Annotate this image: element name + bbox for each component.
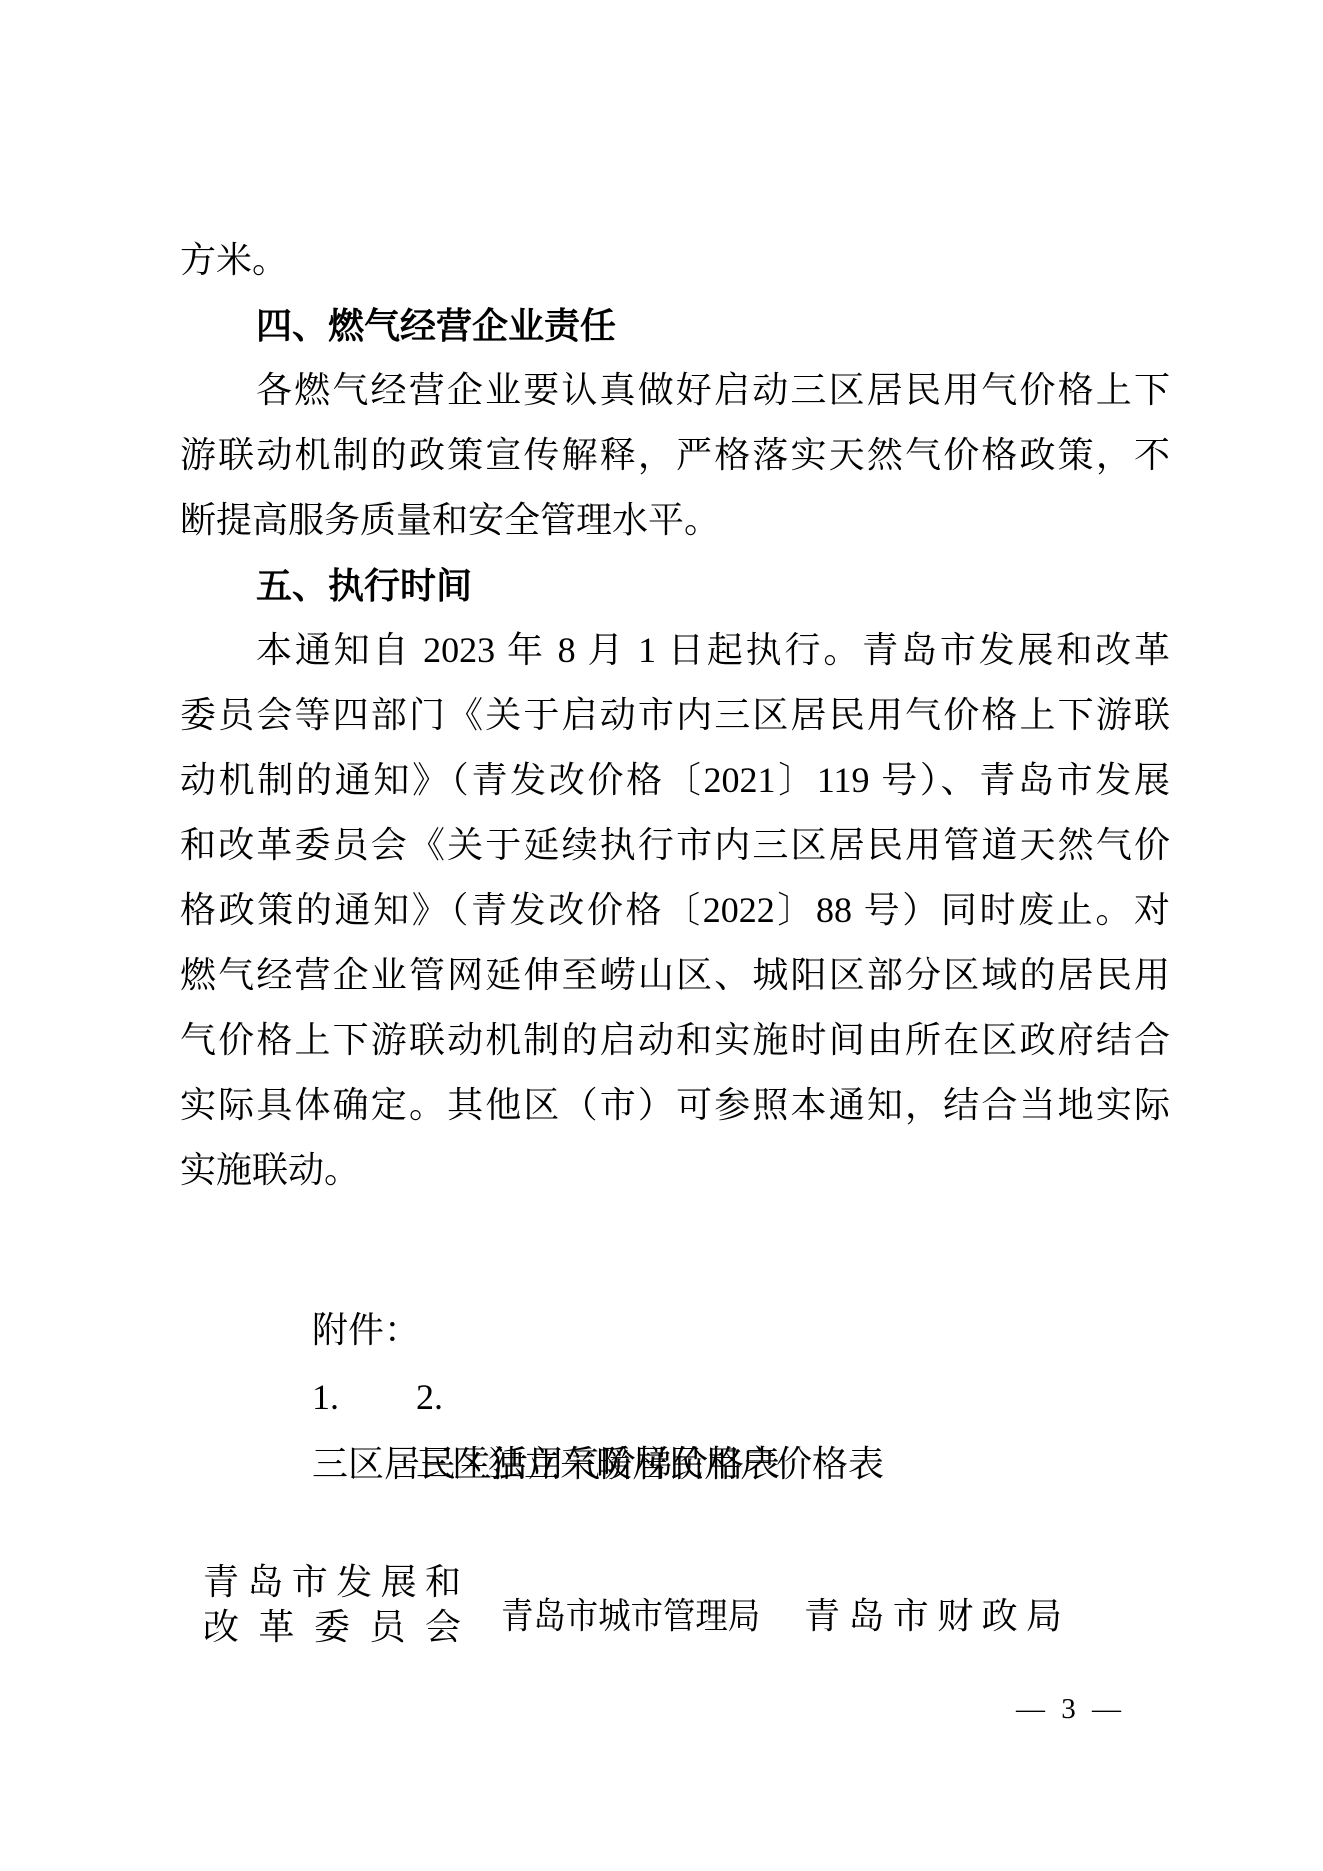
signature-finance-bureau: 青岛市财政局 — [804, 1597, 1062, 1635]
signature-city-management-bureau: 青岛市城市管理局 — [501, 1597, 760, 1635]
document-line: 游联动机制的政策宣传解释，严格落实天然气价格政策，不 — [180, 423, 1170, 488]
section-heading-5: 五、执行时间 — [180, 553, 1170, 618]
attachment-number: 2. — [416, 1377, 443, 1417]
document-line: 动机制的通知》（青发改价格〔2021〕119 号）、青岛市发展 — [180, 748, 1170, 813]
document-line: 格政策的通知》（青发改价格〔2022〕88 号）同时废止。对 — [180, 878, 1170, 943]
attachment-item-1: 附件： 1. 三区居民生活用气阶梯价格表 — [258, 1230, 884, 1297]
document-line: 和改革委员会《关于延续执行市内三区居民用管道天然气价 — [180, 813, 1170, 878]
attachments-label: 附件： — [312, 1310, 420, 1350]
document-line: 实施联动。 — [180, 1138, 1170, 1203]
document-line: 气价格上下游联动机制的启动和实施时间由所在区政府结合 — [180, 1008, 1170, 1073]
attachments-list: 附件： 1. 三区居民生活用气阶梯价格表 2. 三区独立采暖居民用户价格表 — [258, 1230, 884, 1364]
section-heading-4: 四、燃气经营企业责任 — [180, 293, 1170, 358]
document-line: 各燃气经营企业要认真做好启动三区居民用气价格上下 — [180, 358, 1170, 423]
document-line: 实际具体确定。其他区（市）可参照本通知，结合当地实际 — [180, 1073, 1170, 1138]
document-line: 委员会等四部门《关于启动市内三区居民用气价格上下游联 — [180, 683, 1170, 748]
document-line: 方米。 — [180, 228, 1170, 293]
document-line: 断提高服务质量和安全管理水平。 — [180, 488, 1170, 553]
document-line: 燃气经营企业管网延伸至崂山区、城阳区部分区域的居民用 — [180, 943, 1170, 1008]
attachment-title: 三区独立采暖居民用户价格表 — [416, 1444, 884, 1484]
signature-development-reform-commission: 青岛市发展和 改革委员会 — [203, 1560, 461, 1650]
document-body: 方米。 四、燃气经营企业责任 各燃气经营企业要认真做好启动三区居民用气价格上下 … — [180, 228, 1170, 1203]
signature-line: 改革委员会 — [203, 1605, 461, 1650]
signature-line: 青岛市发展和 — [203, 1560, 461, 1605]
page-number: — 3 — — [1016, 1692, 1121, 1726]
attachment-number: 1. — [312, 1377, 339, 1417]
document-line: 本通知自 2023 年 8 月 1 日起执行。青岛市发展和改革 — [180, 618, 1170, 683]
document-page: 方米。 四、燃气经营企业责任 各燃气经营企业要认真做好启动三区居民用气价格上下 … — [0, 0, 1323, 1871]
